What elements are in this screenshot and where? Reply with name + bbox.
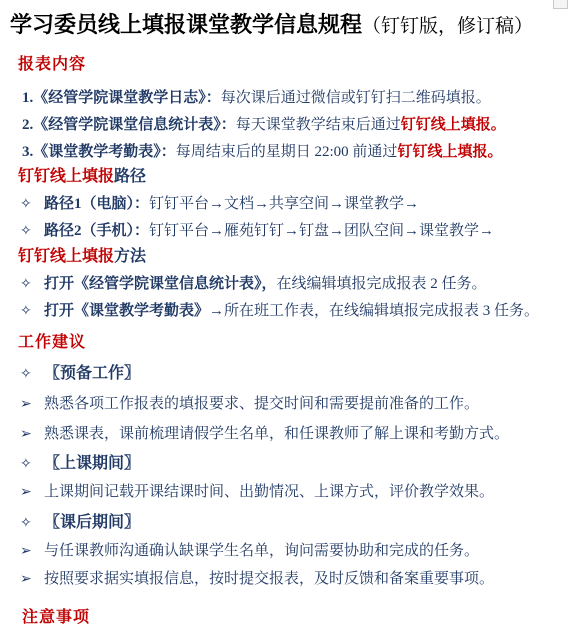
document-title-paren: （钉钉版，修订稿） [362, 16, 533, 37]
method-item-1-body: 在线编辑填报完成报表 2 任务。 [277, 276, 487, 292]
report-item-3-tail: 。 [487, 144, 502, 160]
method-item-2: ✧打开《课堂教学考勤表》→所在班工作表，在线编辑填报完成报表 3 任务。 [20, 301, 560, 321]
diamond-bullet-icon: ✧ [20, 274, 44, 294]
path-item-1-lead: 路径1（电脑）： [44, 196, 149, 212]
section-heading-suggestions: 工作建议 [18, 334, 560, 352]
suggestion-item: ➢熟悉各项工作报表的填报要求、提交时间和需要提前准备的工作。 [20, 394, 560, 414]
report-item-2-body: 每天课堂教学结束后通过 [236, 117, 401, 133]
report-item-1: 1.《经管学院课堂教学日志》：每次课后通过微信或钉钉扫二维码填报。 [22, 88, 560, 108]
suggestion-subheading-after: ✧〖课后期间〗 [20, 513, 560, 533]
suggestion-subheading-prep-label: 〖预备工作〗 [44, 365, 140, 382]
window-edge-fragment [553, 0, 568, 9]
report-item-3: 3.《课堂教学考勤表》：每周结束后的星期日 22:00 前通过钉钉线上填报。 [22, 142, 560, 162]
report-item-2-highlight: 钉钉线上填报 [401, 117, 491, 133]
path-item-2-lead: 路径2（手机）： [44, 223, 149, 239]
methods-heading-red: 钉钉线上填报 [18, 248, 114, 265]
suggestion-item-text: 熟悉各项工作报表的填报要求、提交时间和需要提前准备的工作。 [44, 396, 479, 412]
suggestion-item-text: 上课期间记载开课结课时间、出勤情况、上课方式，评价教学效果。 [44, 484, 494, 500]
section-heading-report-content: 报表内容 [18, 56, 560, 74]
paths-heading-navy: 路径 [114, 168, 146, 185]
diamond-bullet-icon: ✧ [20, 194, 44, 214]
diamond-bullet-icon: ✧ [20, 513, 44, 533]
diamond-bullet-icon: ✧ [20, 454, 44, 474]
arrow-bullet-icon: ➢ [20, 424, 44, 444]
path-item-1-body: 钉钉平台→文档→共享空间→课堂教学→ [149, 196, 419, 212]
suggestion-subheading-class: ✧〖上课期间〗 [20, 454, 560, 474]
report-item-2-lead: 2.《经管学院课堂信息统计表》： [22, 117, 236, 133]
suggestion-subheading-prep: ✧〖预备工作〗 [20, 364, 560, 384]
report-item-2-tail: 。 [491, 117, 506, 133]
diamond-bullet-icon: ✧ [20, 364, 44, 384]
document-title: 学习委员线上填报课堂教学信息规程（钉钉版，修订稿） [10, 12, 560, 40]
method-item-2-lead: 打开《课堂教学考勤表》 [44, 303, 209, 319]
method-item-2-body: →所在班工作表，在线编辑填报完成报表 3 任务。 [209, 303, 539, 319]
arrow-bullet-icon: ➢ [20, 541, 44, 561]
paths-heading-red: 钉钉线上填报 [18, 168, 114, 185]
path-item-2-body: 钉钉平台→雁苑钉钉→钉盘→团队空间→课堂教学→ [149, 223, 494, 239]
section-heading-paths: 钉钉线上填报路径 [18, 167, 560, 187]
suggestion-subheading-after-label: 〖课后期间〗 [44, 514, 140, 531]
arrow-bullet-icon: ➢ [20, 394, 44, 414]
suggestion-item-text: 与任课教师沟通确认缺课学生名单，询问需要协助和完成的任务。 [44, 543, 479, 559]
arrow-bullet-icon: ➢ [20, 482, 44, 502]
section-heading-notes: 注意事项 [22, 609, 560, 627]
document-page: 学习委员线上填报课堂教学信息规程（钉钉版，修订稿） 报表内容 1.《经管学院课堂… [0, 0, 568, 636]
methods-heading-navy: 方法 [114, 248, 146, 265]
method-item-1-lead: 打开《经管学院课堂信息统计表》， [44, 276, 277, 292]
suggestion-item: ➢按照要求据实填报信息，按时提交报表，及时反馈和备案重要事项。 [20, 569, 560, 589]
report-item-3-body: 每周结束后的星期日 22:00 前通过 [176, 144, 398, 160]
section-heading-methods: 钉钉线上填报方法 [18, 247, 560, 267]
report-item-3-lead: 3.《课堂教学考勤表》： [22, 144, 176, 160]
report-item-3-highlight: 钉钉线上填报 [397, 144, 487, 160]
diamond-bullet-icon: ✧ [20, 221, 44, 241]
path-item-1: ✧路径1（电脑）：钉钉平台→文档→共享空间→课堂教学→ [20, 194, 560, 214]
suggestion-item: ➢熟悉课表，课前梳理请假学生名单，和任课教师了解上课和考勤方式。 [20, 424, 560, 444]
suggestion-item: ➢上课期间记载开课结课时间、出勤情况、上课方式，评价教学效果。 [20, 482, 560, 502]
suggestion-item-text: 熟悉课表，课前梳理请假学生名单，和任课教师了解上课和考勤方式。 [44, 426, 509, 442]
path-item-2: ✧路径2（手机）：钉钉平台→雁苑钉钉→钉盘→团队空间→课堂教学→ [20, 221, 560, 241]
arrow-bullet-icon: ➢ [20, 569, 44, 589]
suggestion-item-text: 按照要求据实填报信息，按时提交报表，及时反馈和备案重要事项。 [44, 571, 494, 587]
suggestion-item: ➢与任课教师沟通确认缺课学生名单，询问需要协助和完成的任务。 [20, 541, 560, 561]
diamond-bullet-icon: ✧ [20, 301, 44, 321]
report-item-2: 2.《经管学院课堂信息统计表》：每天课堂教学结束后通过钉钉线上填报。 [22, 115, 560, 135]
report-item-1-lead: 1.《经管学院课堂教学日志》： [22, 90, 221, 106]
method-item-1: ✧打开《经管学院课堂信息统计表》，在线编辑填报完成报表 2 任务。 [20, 274, 560, 294]
report-item-1-body: 每次课后通过微信或钉钉扫二维码填报。 [221, 90, 491, 106]
suggestion-subheading-class-label: 〖上课期间〗 [44, 455, 140, 472]
document-title-main: 学习委员线上填报课堂教学信息规程 [10, 12, 362, 37]
